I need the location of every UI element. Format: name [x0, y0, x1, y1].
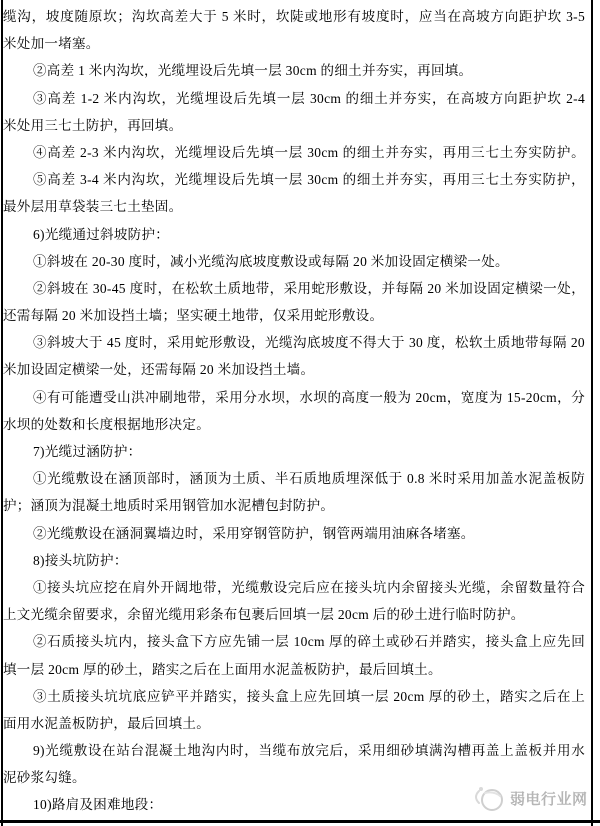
page-border-bottom [0, 820, 600, 823]
text-line: ①光缆敷设在涵顶部时，涵顶为土质、半石质地质埋深低于 0.8 米时采用加盖水泥盖… [3, 465, 585, 492]
text-line: 填一层 20cm 厚的砂土，踏实之后在上面用水泥盖板防护，最后回填土。 [3, 656, 585, 683]
text-line: ①接头坑应挖在肩外开阔地带，光缆敷设完后应在接头坑内余留接头光缆，余留数量符合 [3, 574, 585, 601]
text-line: ④高差 2-3 米内沟坎，光缆埋设后先填一层 30cm 的细土并夯实，再用三七土… [3, 139, 585, 166]
text-line: ③土质接头坑坑底应铲平并踏实，接头盒上应先回填一层 20cm 厚的砂土，踏实之后… [3, 683, 585, 710]
text-line: 米加设固定横梁一处，还需每隔 20 米加设挡土墙。 [3, 356, 585, 383]
text-line: 护；涵顶为混凝土地质时采用钢管加水泥槽包封防护。 [3, 492, 585, 519]
text-line: 9)光缆敷设在站台混凝土地沟内时，当缆布放完后，采用细砂填满沟槽再盖上盖板并用水 [3, 737, 585, 764]
text-line: 8)接头坑防护： [3, 547, 585, 574]
text-line: ③斜坡大于 45 度时，采用蛇形敷设，光缆沟底坡度不得大于 30 度，松软土质地… [3, 329, 585, 356]
text-line: 10)路肩及困难地段： [3, 791, 585, 818]
page-border-right [591, 0, 593, 826]
text-line: ②高差 1 米内沟坎，光缆埋设后先填一层 30cm 的细土并夯实，再回填。 [3, 57, 585, 84]
text-line: 缆沟，坡度随原坎；沟坎高差大于 5 米时，坎陡或地形有坡度时，应当在高坡方向距护… [3, 3, 585, 30]
text-line: 6)光缆通过斜坡防护： [3, 221, 585, 248]
text-line: 米处加一堵塞。 [3, 30, 585, 57]
text-line: ④有可能遭受山洪冲刷地带，采用分水坝，水坝的高度一般为 20cm，宽度为 15-… [3, 384, 585, 411]
text-line: ①斜坡在 20-30 度时，减小光缆沟底坡度敷设或每隔 20 米加设固定横梁一处… [3, 248, 585, 275]
document-page: 缆沟，坡度随原坎；沟坎高差大于 5 米时，坎陡或地形有坡度时，应当在高坡方向距护… [0, 0, 600, 826]
text-line: 7)光缆过涵防护： [3, 438, 585, 465]
text-line: ②斜坡在 30-45 度时，在松软土质地带，采用蛇形敷设，并每隔 20 米加设固… [3, 275, 585, 302]
text-line: 最外层用草袋装三七土垫固。 [3, 193, 585, 220]
text-line: 上文光缆余留要求，余留光缆用彩条布包裹后回填一层 20cm 后的砂土进行临时防护… [3, 601, 585, 628]
text-line: 泥砂浆勾缝。 [3, 764, 585, 791]
text-line: ③高差 1-2 米内沟坎，光缆埋设后先填一层 30cm 的细土并夯实，在高坡方向… [3, 85, 585, 112]
text-line: 水坝的处数和长度根据地形决定。 [3, 411, 585, 438]
document-text: 缆沟，坡度随原坎；沟坎高差大于 5 米时，坎陡或地形有坡度时，应当在高坡方向距护… [3, 3, 585, 819]
text-line: 米处用三七土防护，再回填。 [3, 112, 585, 139]
text-line: ⑤高差 3-4 米内沟坎，光缆埋设后先填一层 30cm 的细土并夯实，再用三七土… [3, 166, 585, 193]
text-line: 面用水泥盖板防护，最后回填土。 [3, 710, 585, 737]
text-line: 还需每隔 20 米加设挡土墙；坚实硬土地带，仅采用蛇形敷设。 [3, 302, 585, 329]
text-line: ②光缆敷设在涵洞翼墙边时，采用穿钢管防护，钢管两端用油麻各堵塞。 [3, 520, 585, 547]
text-line: ②石质接头坑内，接头盒下方应先铺一层 10cm 厚的碎土或砂石并踏实，接头盒上应… [3, 628, 585, 655]
